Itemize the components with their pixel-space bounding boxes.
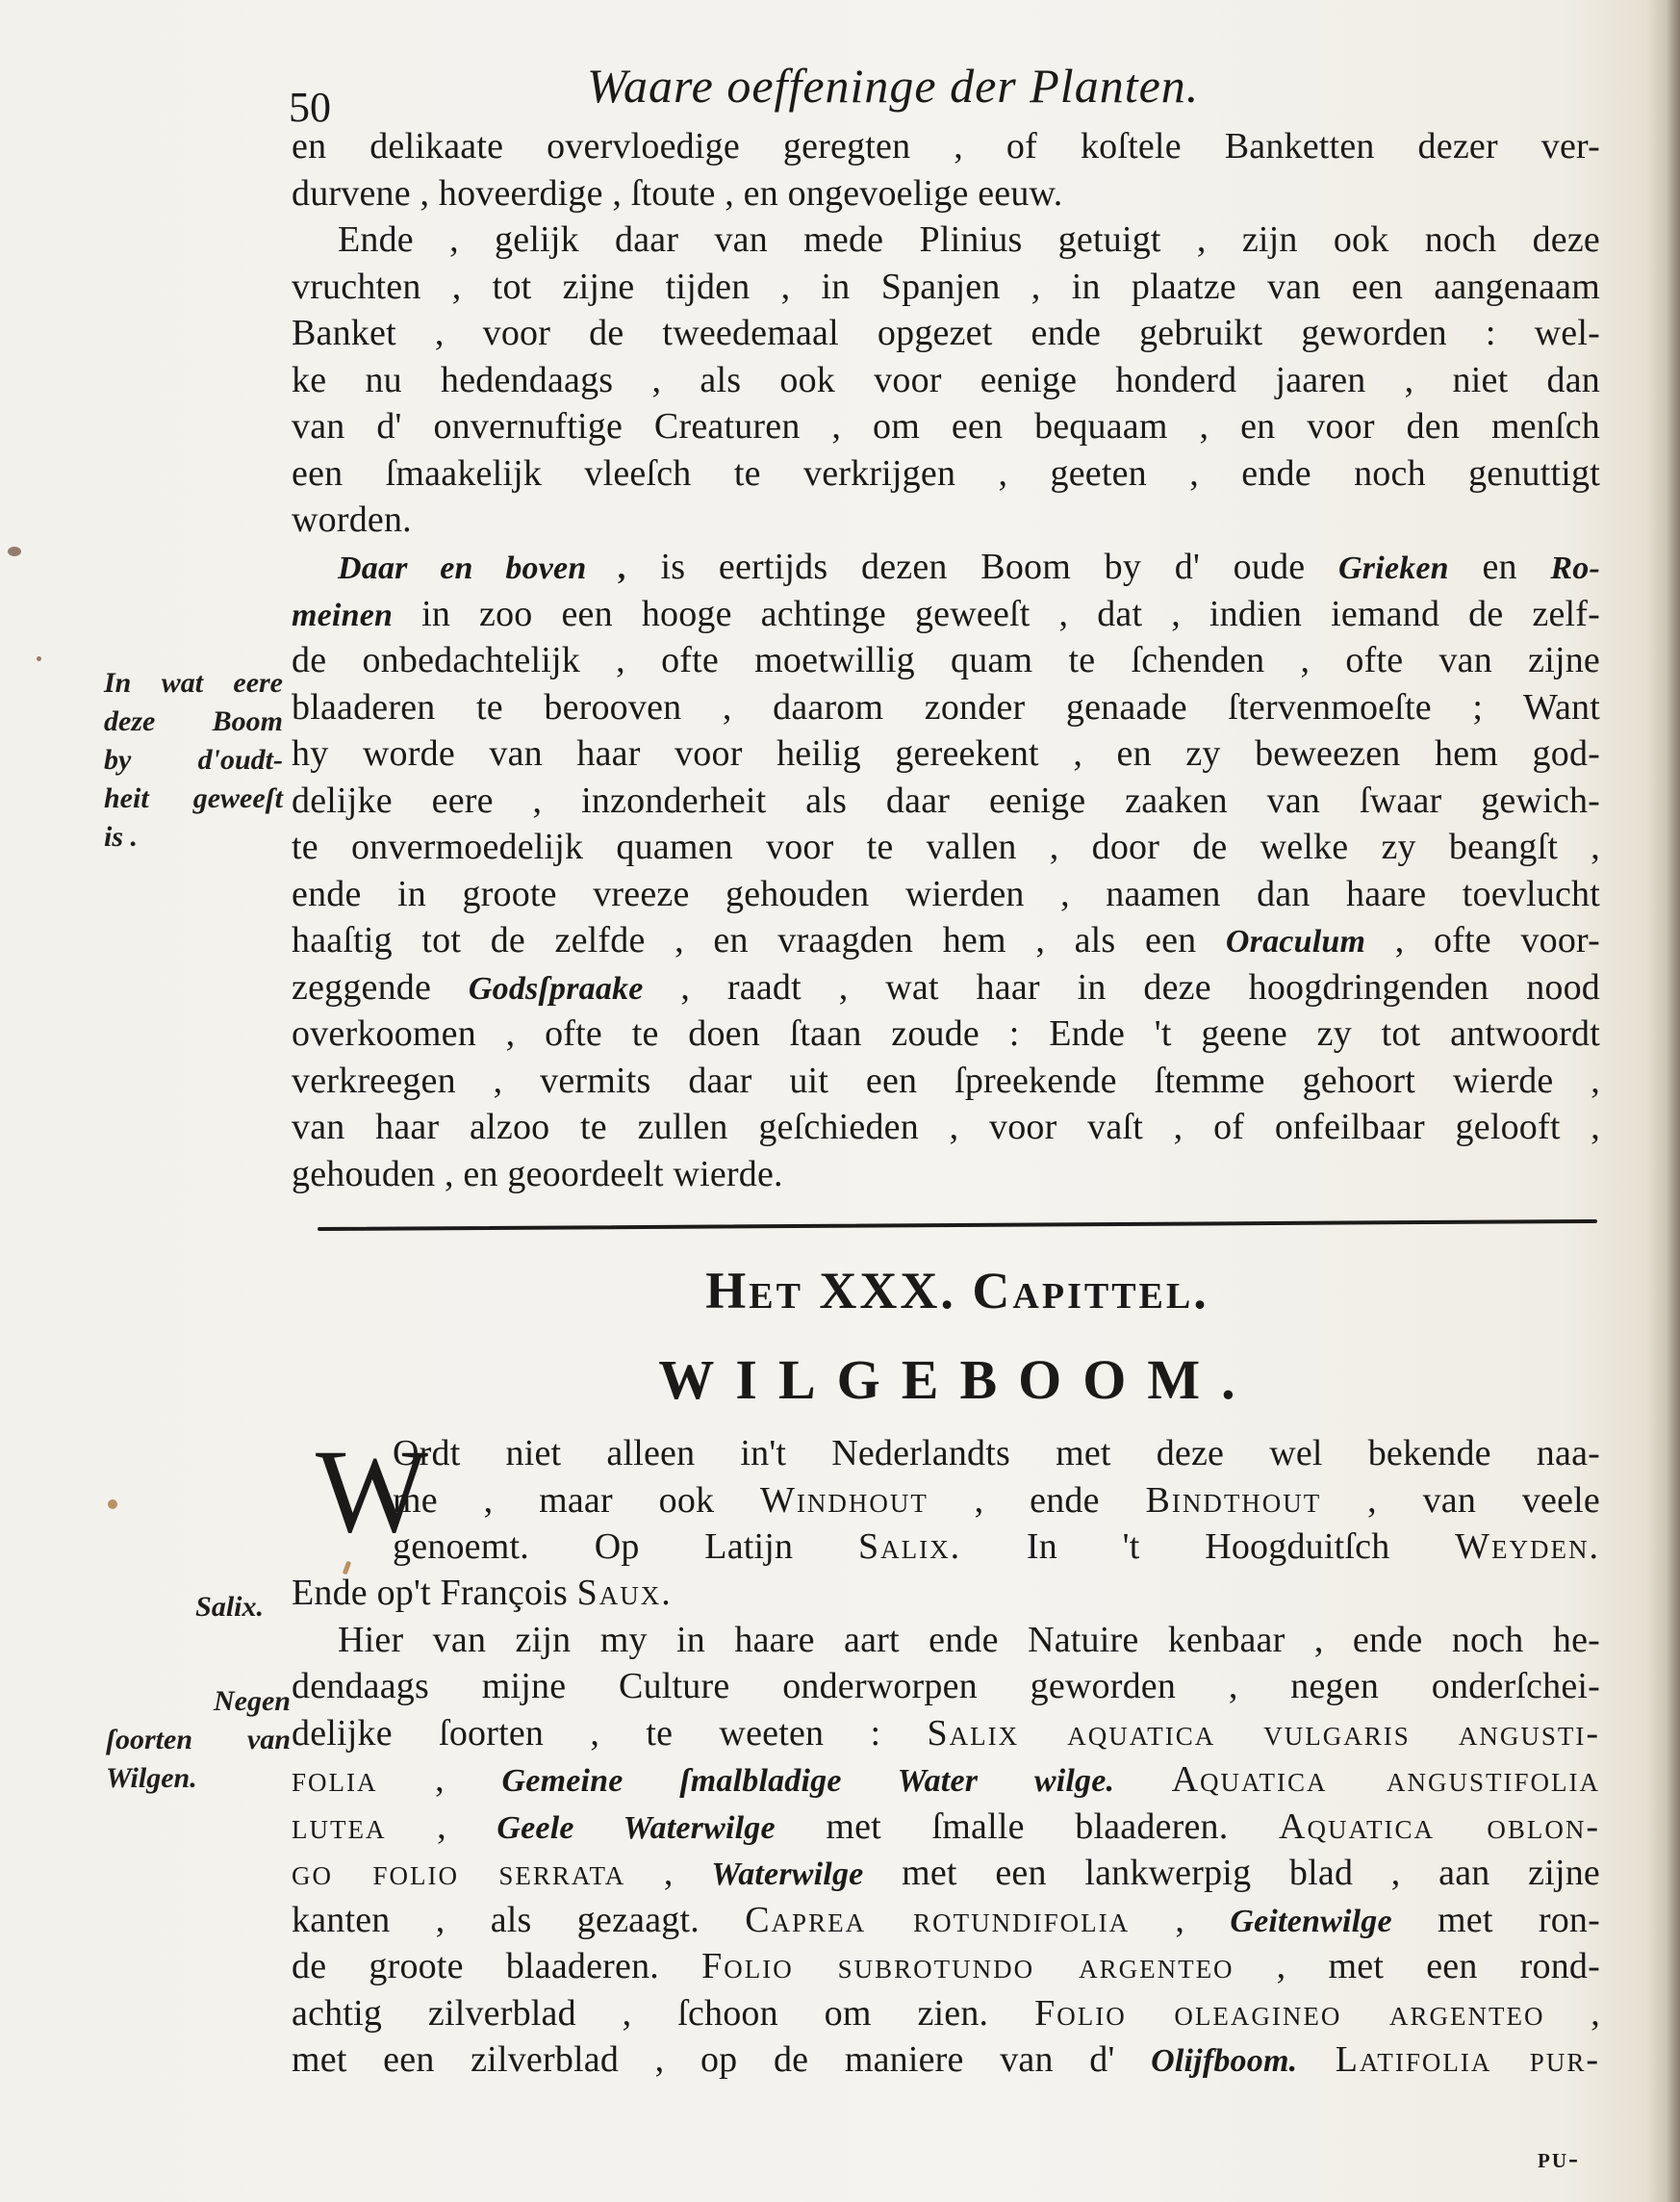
small-caps-term: Weyden.	[1455, 1526, 1600, 1567]
text-run: is eertijds dezen Boom by d' oude	[627, 547, 1338, 587]
text-line: Ordt niet alleen in't Nederlandts met de…	[393, 1430, 1600, 1477]
text-line: gehouden , en geoordeelt wierde.	[292, 1151, 1600, 1198]
small-caps-term: Aquatica oblon-	[1279, 1806, 1600, 1847]
text-run: ,	[386, 1806, 496, 1847]
text-run: en	[1449, 547, 1551, 587]
foxing-spot	[108, 1499, 117, 1509]
small-caps-term: Folio oleagineo argenteo	[1034, 1993, 1544, 2034]
italic-phrase: Godsſpraake	[469, 971, 644, 1007]
small-caps-term: Salix aquatica vulgaris angusti-	[928, 1713, 1600, 1754]
text-run: de groote blaaderen.	[292, 1946, 701, 1986]
small-caps-term: lutea	[292, 1806, 386, 1847]
text-line: go folio serrata , Waterwilge met een la…	[292, 1850, 1600, 1897]
text-run: In 't Hoogduitſch	[961, 1526, 1455, 1567]
text-run: ,	[1544, 1993, 1600, 2034]
text-line: delijke eere , inzonderheit als daar een…	[292, 778, 1600, 825]
italic-phrase: Waterwilge	[711, 1856, 863, 1892]
italic-phrase: Olijfboom.	[1151, 2043, 1297, 2079]
text-run: achtig zilverblad , ſchoon om zien.	[292, 1993, 1034, 2034]
text-line: ke nu hedendaags , als ook voor eenige h…	[292, 357, 1600, 404]
text-run: in zoo een hooge achtinge geweeſt , dat …	[393, 594, 1600, 634]
catchword: pu-	[1538, 2142, 1580, 2175]
text-line: blaaderen te berooven , daarom zonder ge…	[292, 684, 1600, 731]
text-line: van haar alzoo te zullen geſchieden , vo…	[292, 1104, 1600, 1151]
text-run: , van veele	[1321, 1480, 1600, 1521]
small-caps-term: Bindthout	[1145, 1480, 1321, 1521]
margin-note-line: ſoorten van	[106, 1721, 291, 1759]
text-run: ,	[378, 1759, 502, 1800]
ink-spot	[37, 656, 41, 661]
text-line: vruchten , tot zijne tijden , in Spanjen…	[292, 264, 1600, 311]
text-run: met een lankwerpig blad , aan zijne	[863, 1853, 1600, 1893]
small-caps-term: Caprea rotundifolia	[745, 1900, 1130, 1940]
paragraph-plinius: en delikaate overvloedige geregten , of …	[292, 123, 1600, 544]
chapter-heading: Het XXX. Capittel.	[318, 1261, 1597, 1320]
text-run: ,	[1130, 1900, 1230, 1940]
chapter-title: WILGEBOOM.	[318, 1347, 1597, 1412]
paragraph-wilgeboom-intro: Ordt niet alleen in't Nederlandts met de…	[393, 1430, 1600, 1571]
margin-note-line: Negen	[106, 1682, 291, 1721]
text-line: haaſtig tot de zelfde , en vraagden hem …	[292, 917, 1600, 964]
text-run: ,	[625, 1853, 711, 1893]
text-run: , ende	[929, 1480, 1146, 1521]
text-line: Hier van zijn my in haare aart ende Natu…	[292, 1617, 1600, 1664]
small-caps-term: go folio serrata	[292, 1853, 625, 1893]
text-line: genoemt. Op Latijn Salix. In 't Hoogduit…	[393, 1523, 1600, 1571]
text-run: met ron-	[1392, 1900, 1600, 1940]
ink-spot	[8, 547, 21, 556]
text-line: met een zilverblad , op de maniere van d…	[292, 2036, 1600, 2084]
margin-note-line: deze Boom	[104, 703, 283, 741]
margin-note-salix: Salix.	[144, 1588, 264, 1626]
margin-note-line: In wat eere	[104, 664, 283, 703]
text-run: Ende op't François	[292, 1573, 577, 1613]
italic-phrase: meinen	[292, 598, 393, 633]
text-run: , raadt , wat haar in deze hoogdringende…	[644, 967, 1600, 1008]
text-line: te onvermoedelijk quamen voor te vallen …	[292, 824, 1600, 871]
text-line: de groote blaaderen. Folio subrotundo ar…	[292, 1943, 1600, 1990]
text-run: met ſmalle blaaderen.	[776, 1806, 1279, 1847]
text-line: meinen in zoo een hooge achtinge geweeſt…	[292, 591, 1600, 638]
small-caps-term: Salix.	[858, 1526, 961, 1567]
italic-phrase: Grieken	[1338, 550, 1449, 586]
text-run: zeggende	[292, 967, 469, 1008]
text-line: achtig zilverblad , ſchoon om zien. Foli…	[292, 1990, 1600, 2037]
text-run: met een zilverblad , op de maniere van d…	[292, 2039, 1151, 2080]
margin-note-line: Salix.	[144, 1588, 264, 1626]
margin-note-line: by d'oudt-	[104, 741, 283, 780]
text-run: delijke ſoorten , te weeten :	[292, 1713, 928, 1754]
text-line: zeggende Godsſpraake , raadt , wat haar …	[292, 964, 1600, 1011]
paragraph-wilgeboom-kinds: Ende op't François Saux. Hier van zijn m…	[292, 1570, 1600, 2084]
margin-note-line: is .	[104, 818, 283, 857]
italic-phrase: Geele Waterwilge	[496, 1810, 775, 1846]
text-line: hy worde van haar voor heilig gereekent …	[292, 730, 1600, 778]
small-caps-term: Folio subrotundo argenteo	[701, 1946, 1234, 1986]
small-caps-term: Aquatica angustifolia	[1114, 1759, 1600, 1800]
text-line: lutea , Geele Waterwilge met ſmalle blaa…	[292, 1804, 1600, 1851]
text-line: van d' onvernuftige Creaturen , om een b…	[292, 403, 1600, 450]
margin-note-line: heit geweeſt	[104, 780, 283, 818]
text-line: Ende op't François Saux.	[292, 1570, 1600, 1617]
text-line: de onbedachtelijk , ofte moetwillig quam…	[292, 637, 1600, 684]
italic-phrase: Gemeine ſmalbladige Water wilge.	[502, 1763, 1115, 1799]
text-line: delijke ſoorten , te weeten : Salix aqua…	[292, 1710, 1600, 1757]
margin-note-honour: In wat eere deze Boom by d'oudt- heit ge…	[104, 664, 283, 857]
text-line: Banket , voor de tweedemaal opgezet ende…	[292, 310, 1600, 357]
small-caps-term: Windhout	[760, 1480, 929, 1521]
text-line: folia , Gemeine ſmalbladige Water wilge.…	[292, 1756, 1600, 1804]
text-line: durvene , hoveerdige , ſtoute , en ongev…	[292, 170, 1600, 218]
italic-phrase: Geitenwilge	[1230, 1904, 1391, 1939]
text-line: worden.	[292, 497, 1600, 544]
text-line: Ende , gelijk daar van mede Plinius getu…	[292, 217, 1600, 264]
italic-phrase: Oraculum	[1226, 924, 1365, 960]
text-line: Daar en boven , is eertijds dezen Boom b…	[292, 544, 1600, 591]
text-run: genoemt. Op Latijn	[393, 1526, 858, 1567]
running-title: Waare oeffeninge der Planten.	[587, 58, 1199, 114]
text-run: me , maar ook	[393, 1480, 760, 1521]
chapter-divider-rule	[318, 1219, 1597, 1231]
text-line: kanten , als gezaagt. Caprea rotundifoli…	[292, 1897, 1600, 1944]
paragraph-greeks-romans: Daar en boven , is eertijds dezen Boom b…	[292, 544, 1600, 1197]
italic-phrase: Daar en boven ,	[338, 550, 627, 586]
small-caps-term: Saux.	[577, 1573, 673, 1613]
text-line: een ſmaakelijk vleeſch te verkrijgen , g…	[292, 450, 1600, 498]
text-line: dendaags mijne Culture onderworpen gewor…	[292, 1663, 1600, 1710]
text-line: ende in groote vreeze gehouden wierden ,…	[292, 871, 1600, 918]
margin-note-nine-kinds: Negen ſoorten van Wilgen.	[106, 1682, 291, 1798]
margin-note-line: Wilgen.	[106, 1759, 291, 1798]
text-run: , met een rond-	[1235, 1946, 1600, 1986]
text-line: me , maar ook Windhout , ende Bindthout …	[393, 1477, 1600, 1524]
book-page: 50 Waare oeffeninge der Planten. en deli…	[0, 0, 1680, 2202]
italic-phrase: Ro-	[1550, 550, 1600, 586]
text-line: en delikaate overvloedige geregten , of …	[292, 123, 1600, 170]
text-run: haaſtig tot de zelfde , en vraagden hem …	[292, 920, 1226, 960]
page-gutter-shadow	[1667, 0, 1680, 2202]
text-run: kanten , als gezaagt.	[292, 1900, 745, 1940]
text-run: , ofte voor-	[1365, 920, 1600, 960]
text-line: overkoomen , ofte te doen ſtaan zoude : …	[292, 1011, 1600, 1058]
small-caps-term: Latifolia pur-	[1297, 2039, 1600, 2080]
text-line: verkreegen , vermits daar uit een ſpreek…	[292, 1058, 1600, 1105]
small-caps-term: folia	[292, 1759, 378, 1800]
